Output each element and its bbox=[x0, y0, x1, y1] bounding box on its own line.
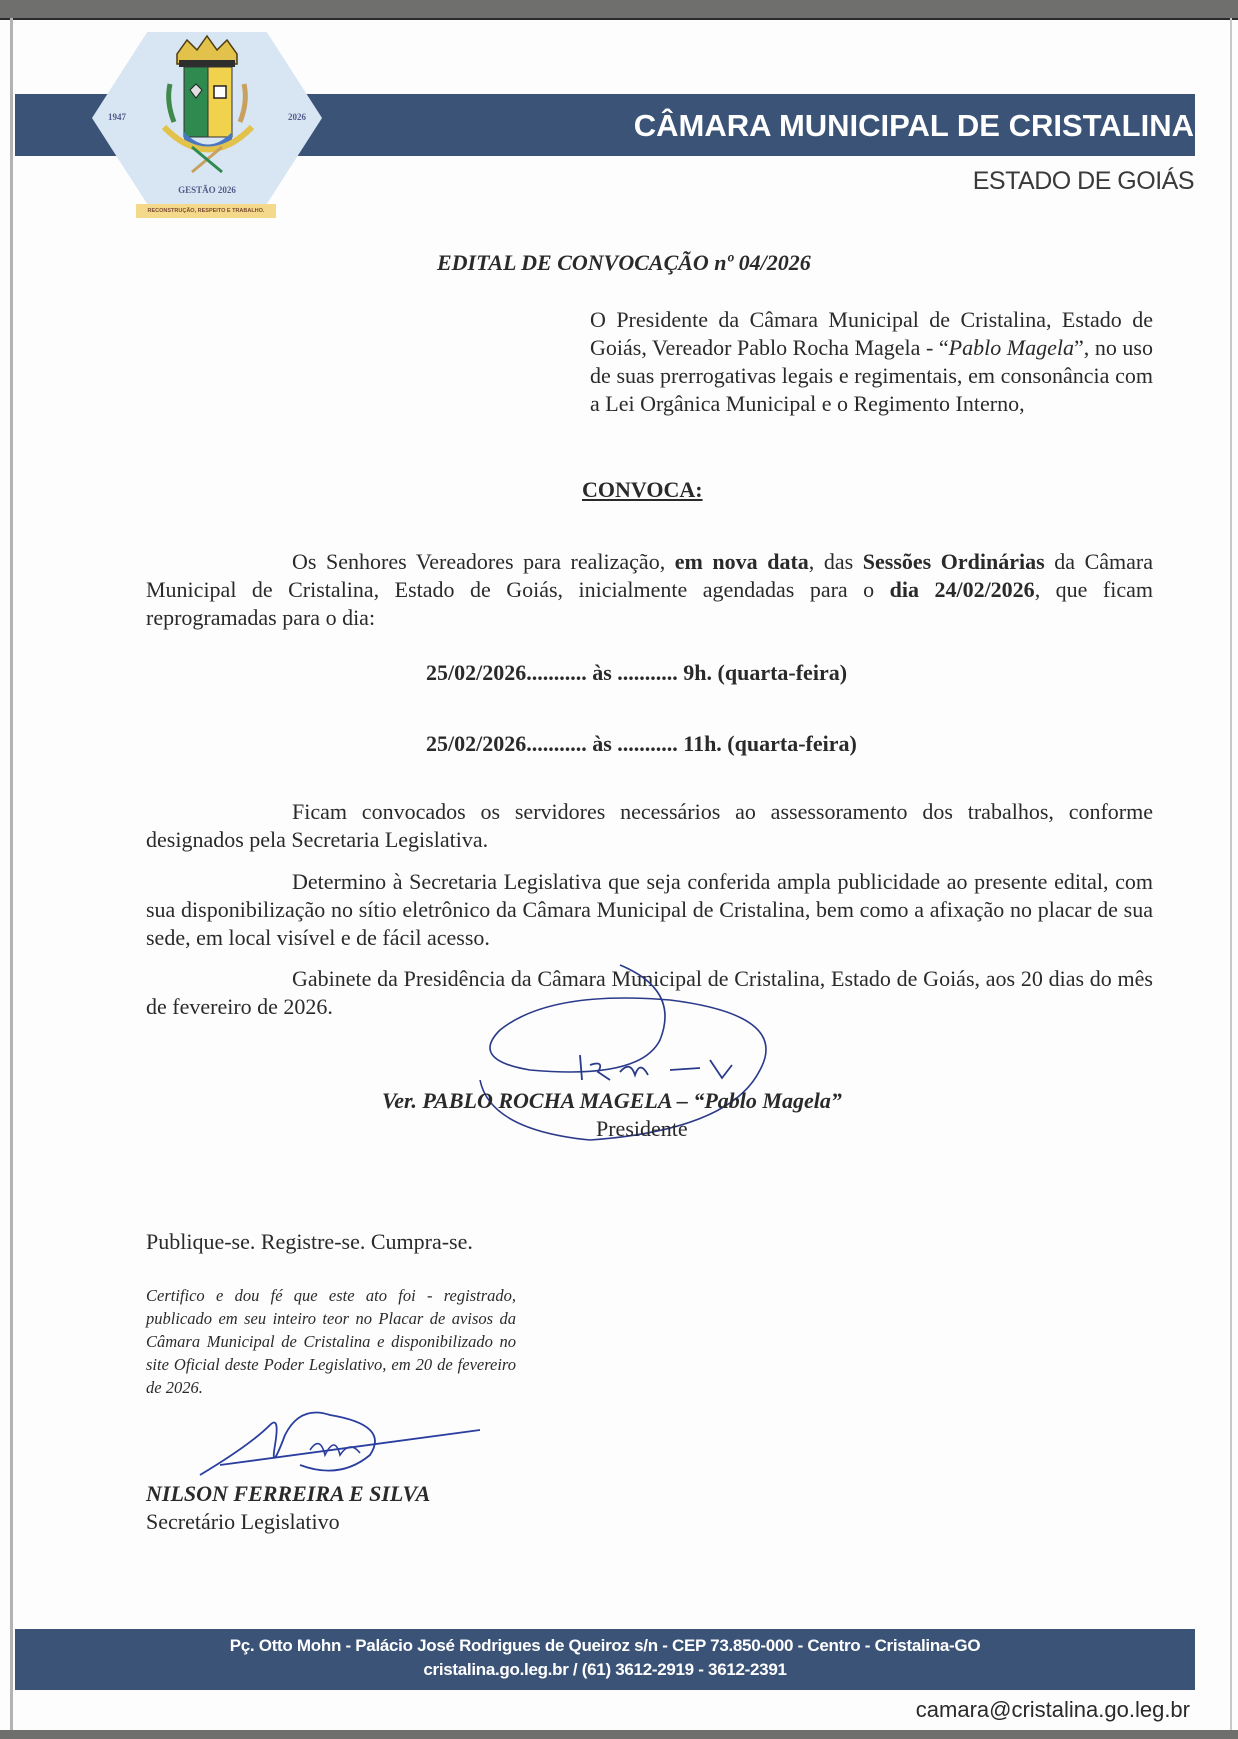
publication-order: Publique-se. Registre-se. Cumpra-se. bbox=[146, 1229, 473, 1255]
scan-edge-bottom bbox=[0, 1730, 1238, 1739]
text-bold: Sessões Ordinárias bbox=[863, 549, 1045, 574]
scan-edge-right bbox=[1230, 18, 1232, 1730]
paragraph-convocation: Os Senhores Vereadores para realização, … bbox=[146, 548, 1153, 632]
text-bold: em nova data bbox=[675, 549, 809, 574]
coat-of-arms-icon bbox=[152, 32, 262, 182]
signatory-name: Ver. PABLO ROCHA MAGELA – “Pablo Magela” bbox=[382, 1088, 842, 1114]
preamble: O Presidente da Câmara Municipal de Cris… bbox=[590, 306, 1153, 418]
logo-gestao: GESTÃO 2026 bbox=[92, 185, 322, 195]
header-subtitle: ESTADO DE GOIÁS bbox=[973, 167, 1194, 196]
text: Determino à Secretaria Legislativa que s… bbox=[146, 869, 1153, 950]
secretary-role: Secretário Legislativo bbox=[146, 1509, 340, 1535]
scan-edge-top bbox=[0, 0, 1238, 20]
logo-year-founded: 1947 bbox=[108, 112, 126, 122]
text-bold: dia 24/02/2026 bbox=[890, 577, 1035, 602]
preamble-nickname: Pablo Magela bbox=[949, 335, 1074, 360]
logo-year-current: 2026 bbox=[288, 112, 306, 122]
municipal-logo: 1947 2026 GESTÃO 2026 RECONSTRUÇÃO, RESP… bbox=[92, 32, 322, 220]
certification-text: Certifico e dou fé que este ato foi - re… bbox=[146, 1284, 516, 1399]
schedule-item: 25/02/2026........... às ........... 11h… bbox=[426, 731, 857, 757]
paragraph-publicity: Determino à Secretaria Legislativa que s… bbox=[146, 868, 1153, 952]
logo-motto: RECONSTRUÇÃO, RESPEITO E TRABALHO. bbox=[136, 204, 276, 218]
document-title: EDITAL DE CONVOCAÇÃO nº 04/2026 bbox=[437, 250, 811, 276]
secretary-signature-icon bbox=[190, 1405, 490, 1485]
signatory-role: Presidente bbox=[596, 1116, 688, 1142]
header-title: CÂMARA MUNICIPAL DE CRISTALINA bbox=[634, 108, 1194, 144]
text: Os Senhores Vereadores para realização, bbox=[292, 549, 675, 574]
convoca-heading: CONVOCA: bbox=[582, 477, 703, 503]
text: , das bbox=[809, 549, 863, 574]
secretary-name: NILSON FERREIRA E SILVA bbox=[146, 1481, 430, 1507]
paragraph-servers: Ficam convocados os servidores necessári… bbox=[146, 798, 1153, 854]
scan-edge-left bbox=[10, 18, 13, 1730]
footer-email: camara@cristalina.go.leg.br bbox=[916, 1697, 1190, 1723]
text: Ficam convocados os servidores necessári… bbox=[146, 799, 1153, 852]
schedule-item: 25/02/2026........... às ........... 9h.… bbox=[426, 660, 847, 686]
footer-address: Pç. Otto Mohn - Palácio José Rodrigues d… bbox=[15, 1636, 1195, 1656]
footer-contact: cristalina.go.leg.br / (61) 3612-2919 - … bbox=[15, 1660, 1195, 1680]
